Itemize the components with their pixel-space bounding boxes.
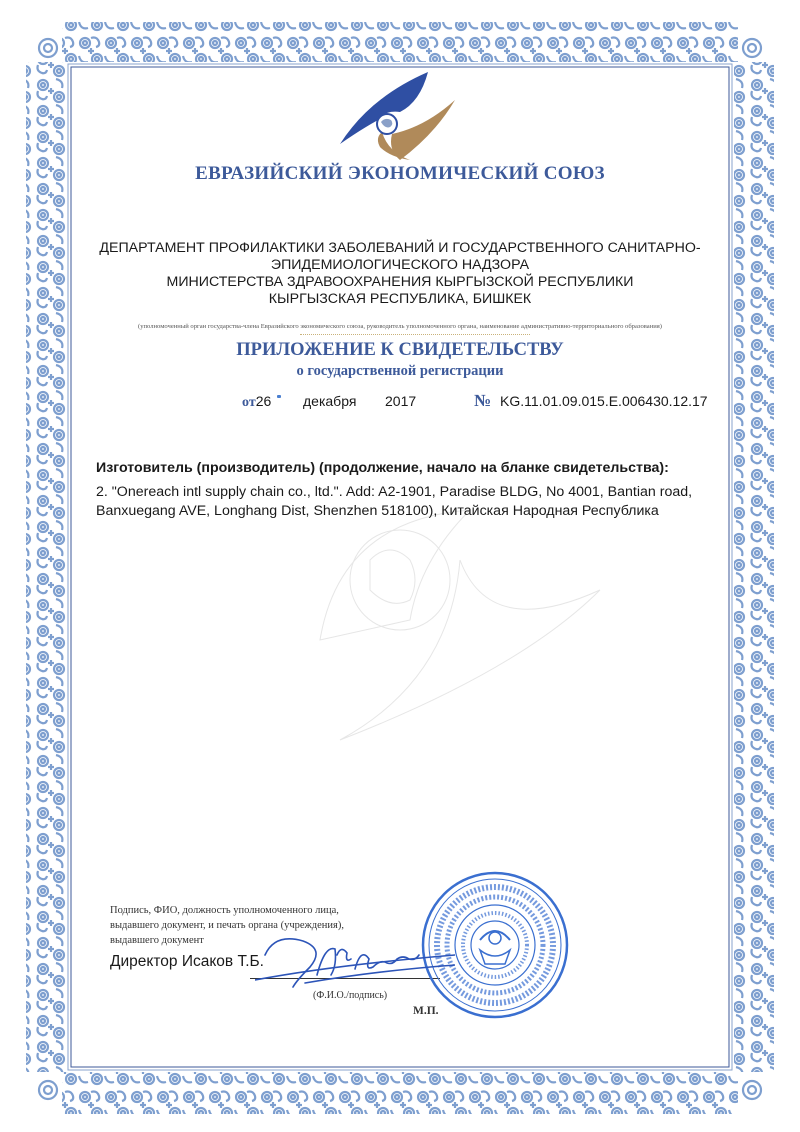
date-day: 26 (256, 393, 272, 409)
manufacturer-line: 2. "Onereach intl supply chain co., ltd.… (96, 483, 716, 502)
union-title: ЕВРАЗИЙСКИЙ ЭКОНОМИЧЕСКИЙ СОЮЗ (0, 163, 800, 185)
number-sign: № (474, 391, 491, 411)
seal-label: М.П. (413, 1005, 439, 1017)
department-block: ДЕПАРТАМЕНТ ПРОФИЛАКТИКИ ЗАБОЛЕВАНИЙ И Г… (0, 240, 800, 308)
appendix-subtitle: о государственной регистрации (0, 363, 800, 380)
date-month: декабря (303, 393, 356, 409)
certificate-number: KG.11.01.09.015.E.006430.12.17 (500, 393, 708, 409)
signature-note-line: Подпись, ФИО, должность уполномоченного … (110, 903, 370, 918)
eaeu-logo-icon (340, 72, 460, 162)
signatory-name: Директор Исаков Т.Б. (110, 953, 264, 971)
manufacturer-line: Banxuegang AVE, Longhang Dist, Shenzhen … (96, 502, 716, 521)
department-line: ЭПИДЕМИОЛОГИЧЕСКОГО НАДЗОРА (0, 257, 800, 274)
authority-note: (уполномоченный орган государства-члена … (0, 323, 800, 330)
date-prefix: от (242, 395, 256, 410)
appendix-title: ПРИЛОЖЕНИЕ К СВИДЕТЕЛЬСТВУ (0, 340, 800, 361)
fio-caption: (Ф.И.О./подпись) (313, 990, 387, 1001)
dotted-divider (300, 334, 530, 335)
date-field: от26 (242, 393, 281, 411)
ink-mark (277, 395, 281, 398)
eaeu-watermark-icon (300, 500, 620, 760)
signature-note-line: выдавшего документ, и печать органа (учр… (110, 918, 370, 933)
date-year: 2017 (385, 393, 416, 409)
manufacturer-heading: Изготовитель (производитель) (продолжени… (96, 460, 669, 476)
handwritten-signature (255, 935, 455, 990)
department-line: МИНИСТЕРСТВА ЗДРАВООХРАНЕНИЯ КЫРГЫЗСКОЙ … (0, 274, 800, 291)
manufacturer-details: 2. "Onereach intl supply chain co., ltd.… (96, 483, 716, 521)
certificate-page: ЕВРАЗИЙСКИЙ ЭКОНОМИЧЕСКИЙ СОЮЗ ДЕПАРТАМЕ… (0, 0, 800, 1132)
department-line: ДЕПАРТАМЕНТ ПРОФИЛАКТИКИ ЗАБОЛЕВАНИЙ И Г… (0, 240, 800, 257)
department-line: КЫРГЫЗСКАЯ РЕСПУБЛИКА, БИШКЕК (0, 291, 800, 308)
